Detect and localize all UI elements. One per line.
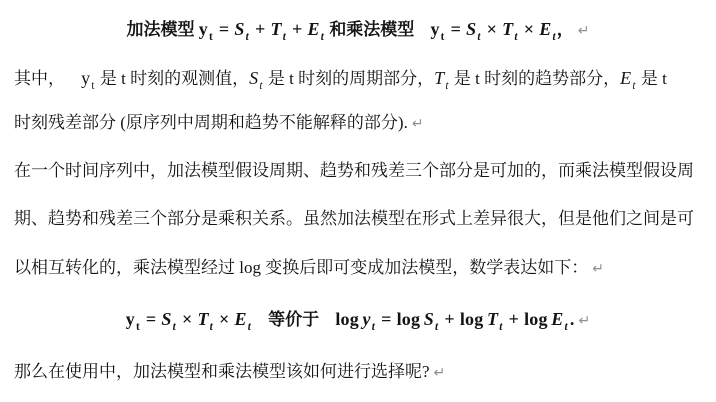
math-run: yt [81,68,96,88]
math-variable: S [424,309,434,329]
math-variable: S [249,68,258,88]
math-function: log [460,309,484,329]
explanation-line-3: 以相互转化的，乘法模型经过 log 变换后即可变成加法模型，数学表达如下：↵ [14,254,702,281]
math-run: Tt [434,68,450,88]
math-operator: × [487,19,497,39]
math-subscript: t [477,31,480,43]
math-punctuation: . [570,309,575,329]
text-run: 加法模型 [127,20,199,39]
math-subscript: t [246,31,249,43]
explanation-line-1: 在一个时间序列中，加法模型假设周期、趋势和残差三个部分是可加的，而乘法模型假设周 [14,157,702,184]
math-operator: × [524,19,534,39]
paragraph-mark-icon: ↵ [578,23,590,39]
paragraph-mark-icon: ↵ [592,261,604,277]
math-variable: T [487,309,498,329]
math-run: logyt=logSt+logTt+logEt. [335,309,574,329]
document-page: 加法模型 yt=St+Tt+Et 和乘法模型yt=St×Tt×Et，↵其中，yt… [0,0,716,402]
math-variable: T [502,19,513,39]
math-variable: y [430,19,439,39]
math-operator: + [444,309,454,329]
math-subscript: t [632,80,635,92]
text-run: 是 t 时刻的周期部分， [264,69,434,88]
math-operator: + [255,19,265,39]
math-operator: × [182,309,192,329]
math-run: St [249,68,264,88]
math-variable: E [235,309,247,329]
text-run: 是 t [637,69,667,88]
paragraph-mark-icon: ↵ [579,313,591,329]
text-run: 那么在使用中，加法模型和乘法模型该如何进行选择呢? [14,362,430,381]
math-subscript: t [445,80,448,92]
math-function: log [335,309,359,329]
math-subscript: t [209,31,213,43]
math-subscript: t [565,321,568,333]
math-variable: y [81,68,90,88]
math-variable: y [126,309,135,329]
math-variable: E [620,68,631,88]
equivalence-formula: yt=St×Tt×Et等价于logyt=logSt+logTt+logEt.↵ [14,306,702,333]
models-heading: 加法模型 yt=St+Tt+Et 和乘法模型yt=St×Tt×Et，↵ [14,16,702,43]
math-run: yt=St×Tt×Et [126,309,252,329]
math-subscript: t [441,31,445,43]
text-run: 在一个时间序列中，加法模型假设周期、趋势和残差三个部分是可加的，而乘法模型假设周 [14,161,694,180]
math-operator: + [292,19,302,39]
math-subscript: t [91,80,94,92]
question-line: 那么在使用中，加法模型和乘法模型该如何进行选择呢?↵ [14,358,702,385]
math-variable: E [308,19,320,39]
text-run: 期、趋势和残差三个部分是乘积关系。虽然加法模型在形式上差异很大，但是他们之间是可 [14,209,694,228]
math-variable: y [199,19,208,39]
math-variable: T [434,68,444,88]
text-run: ， [557,20,574,39]
definition-line-2: 时刻残差部分 (原序列中周期和趋势不能解释的部分).↵ [14,109,702,136]
math-run: yt=St×Tt×Et [430,19,556,39]
math-subscript: t [248,321,251,333]
math-variable: S [161,309,171,329]
text-run: 时刻残差部分 (原序列中周期和趋势不能解释的部分). [14,113,408,132]
math-variable: E [539,19,551,39]
math-subscript: t [283,31,286,43]
math-variable: T [270,19,281,39]
math-subscript: t [173,321,176,333]
math-variable: S [466,19,476,39]
math-subscript: t [499,321,502,333]
paragraph-mark-icon: ↵ [434,365,446,381]
math-run: Et [620,68,637,88]
text-run: 是 t 时刻的观测值， [96,69,249,88]
math-subscript: t [210,321,213,333]
math-variable: y [363,309,371,329]
paragraph-mark-icon: ↵ [412,116,424,132]
math-subscript: t [321,31,324,43]
explanation-line-2: 期、趋势和残差三个部分是乘积关系。虽然加法模型在形式上差异很大，但是他们之间是可 [14,205,702,232]
text-run: 其中， [14,69,65,88]
math-operator: = [146,309,156,329]
text-run: 等价于 [268,310,319,329]
math-operator: × [219,309,229,329]
math-operator: = [219,19,229,39]
text-run: 是 t 时刻的趋势部分， [450,69,620,88]
math-operator: = [381,309,391,329]
math-subscript: t [514,31,517,43]
math-subscript: t [435,321,438,333]
math-subscript: t [372,321,375,333]
math-operator: = [451,19,461,39]
text-run: 和乘法模型 [325,20,414,39]
math-subscript: t [552,31,555,43]
text-run: 以相互转化的，乘法模型经过 log 变换后即可变成加法模型，数学表达如下： [14,258,588,277]
math-variable: S [234,19,244,39]
definition-line-1: 其中，yt 是 t 时刻的观测值，St 是 t 时刻的周期部分，Tt 是 t 时… [14,65,702,92]
math-variable: E [551,309,563,329]
math-operator: + [509,309,519,329]
math-variable: T [197,309,208,329]
math-subscript: t [259,80,262,92]
math-function: log [524,309,548,329]
math-run: yt=St+Tt+Et [199,19,325,39]
math-function: log [397,309,421,329]
math-subscript: t [136,321,140,333]
